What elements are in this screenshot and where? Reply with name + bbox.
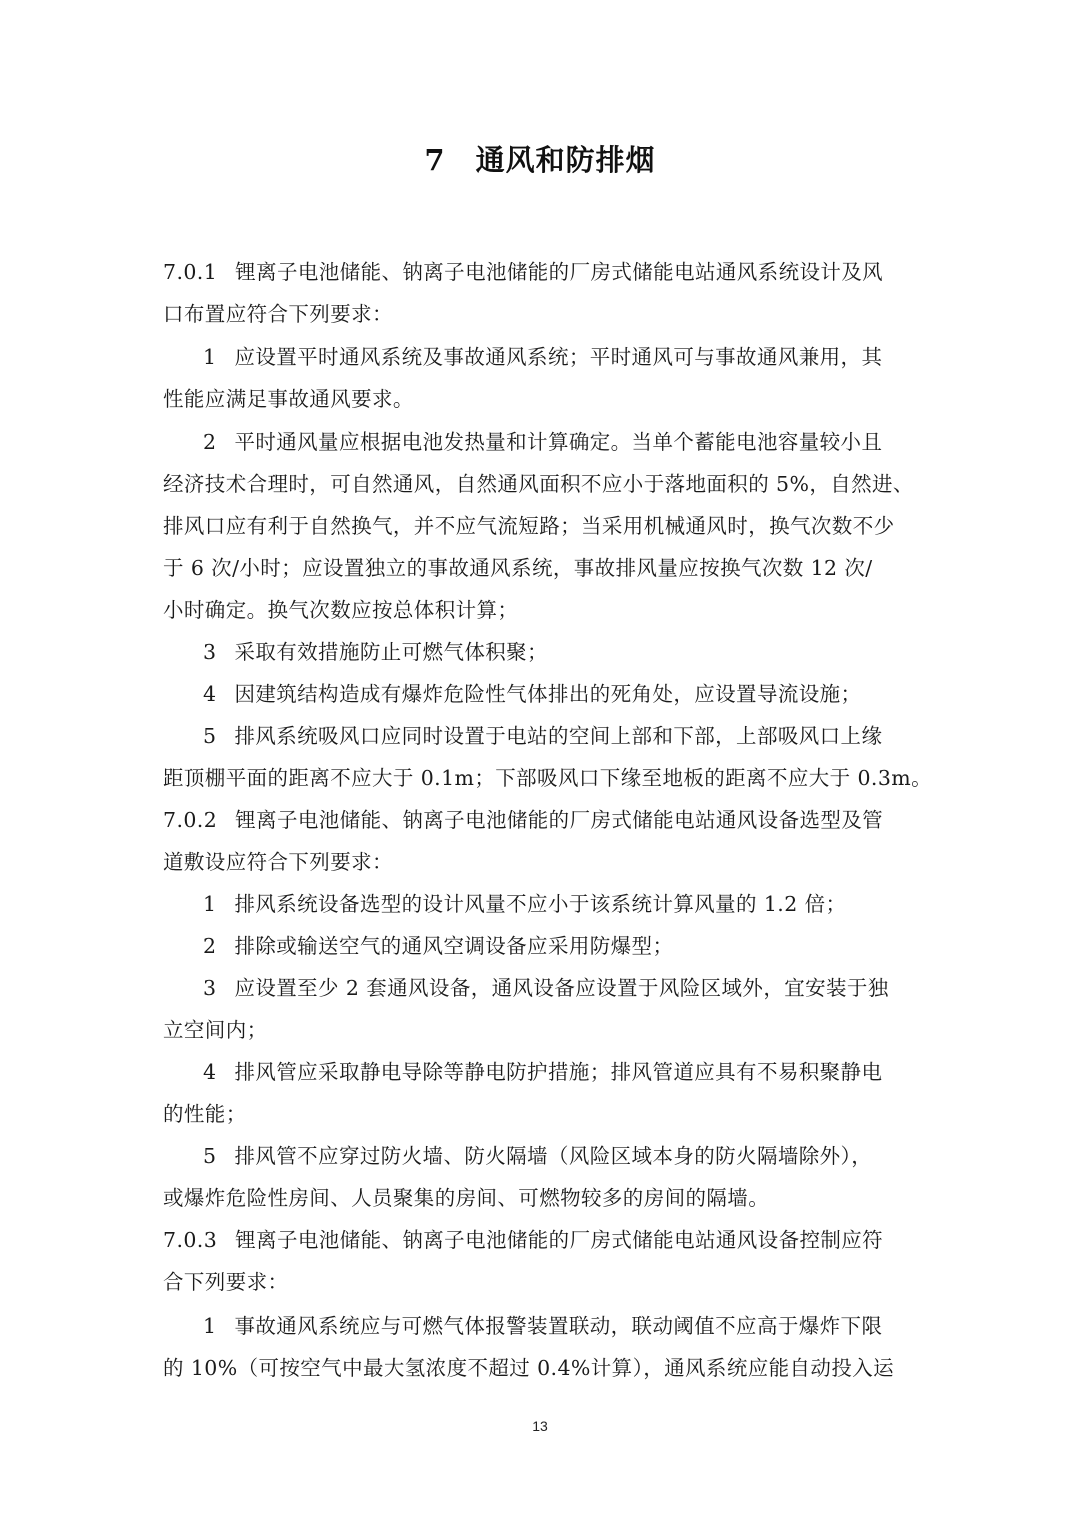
item-7-0-1-2-line-3: 排风口应有利于自然换气，并不应气流短路；当采用机械通风时，换气次数不少 bbox=[163, 512, 923, 540]
item-7-0-2-5-line-1: 5排风管不应穿过防火墙、防火隔墙（风险区域本身的防火隔墙除外）， bbox=[203, 1142, 963, 1170]
item-7-0-1-2-line-5: 小时确定。换气次数应按总体积计算； bbox=[163, 596, 923, 624]
chapter-heading: 7通风和防排烟 bbox=[0, 138, 1080, 179]
clause-number: 7.0.3 bbox=[163, 1226, 217, 1254]
item-7-0-1-4: 4因建筑结构造成有爆炸危险性气体排出的死角处，应设置导流设施； bbox=[203, 680, 963, 708]
clause-7-0-3-line-2: 合下列要求： bbox=[163, 1268, 923, 1296]
item-7-0-1-1-line-1: 1应设置平时通风系统及事故通风系统；平时通风可与事故通风兼用，其 bbox=[203, 343, 963, 371]
item-7-0-2-4-line-1: 4排风管应采取静电导除等静电防护措施；排风管道应具有不易积聚静电 bbox=[203, 1058, 963, 1086]
chapter-title: 通风和防排烟 bbox=[476, 143, 656, 177]
item-7-0-2-1: 1排风系统设备选型的设计风量不应小于该系统计算风量的 1.2 倍； bbox=[203, 890, 963, 918]
item-number: 1 bbox=[203, 890, 216, 918]
item-number: 3 bbox=[203, 638, 216, 666]
item-7-0-2-5-line-2: 或爆炸危险性房间、人员聚集的房间、可燃物较多的房间的隔墙。 bbox=[163, 1184, 923, 1212]
item-7-0-2-3-line-1: 3应设置至少 2 套通风设备，通风设备应设置于风险区域外，宜安装于独 bbox=[203, 974, 963, 1002]
item-number: 5 bbox=[203, 722, 216, 750]
clause-7-0-3-line-1: 7.0.3锂离子电池储能、钠离子电池储能的厂房式储能电站通风设备控制应符 bbox=[163, 1226, 923, 1254]
clause-number: 7.0.2 bbox=[163, 806, 217, 834]
clause-number: 7.0.1 bbox=[163, 258, 217, 286]
item-7-0-1-3: 3采取有效措施防止可燃气体积聚； bbox=[203, 638, 963, 666]
item-number: 4 bbox=[203, 680, 216, 708]
chapter-number: 7 bbox=[424, 143, 445, 177]
item-7-0-1-2-line-2: 经济技术合理时，可自然通风，自然通风面积不应小于落地面积的 5%，自然进、 bbox=[163, 470, 923, 498]
item-number: 1 bbox=[203, 1312, 216, 1340]
item-number: 3 bbox=[203, 974, 216, 1002]
page-number: 13 bbox=[0, 1418, 1080, 1434]
item-7-0-2-3-line-2: 立空间内； bbox=[163, 1016, 923, 1044]
item-7-0-1-5-line-1: 5排风系统吸风口应同时设置于电站的空间上部和下部，上部吸风口上缘 bbox=[203, 722, 963, 750]
item-7-0-2-2: 2排除或输送空气的通风空调设备应采用防爆型； bbox=[203, 932, 963, 960]
item-7-0-2-4-line-2: 的性能； bbox=[163, 1100, 923, 1128]
item-number: 2 bbox=[203, 428, 216, 456]
item-number: 1 bbox=[203, 343, 216, 371]
item-7-0-3-1-line-1: 1事故通风系统应与可燃气体报警装置联动，联动阈值不应高于爆炸下限 bbox=[203, 1312, 963, 1340]
clause-7-0-2-line-1: 7.0.2锂离子电池储能、钠离子电池储能的厂房式储能电站通风设备选型及管 bbox=[163, 806, 923, 834]
item-number: 4 bbox=[203, 1058, 216, 1086]
clause-7-0-1-line-1: 7.0.1锂离子电池储能、钠离子电池储能的厂房式储能电站通风系统设计及风 bbox=[163, 258, 923, 286]
item-7-0-1-2-line-4: 于 6 次/小时；应设置独立的事故通风系统，事故排风量应按换气次数 12 次/ bbox=[163, 554, 923, 582]
item-7-0-1-5-line-2: 距顶棚平面的距离不应大于 0.1m；下部吸风口下缘至地板的距离不应大于 0.3m… bbox=[163, 764, 923, 792]
document-page: 7通风和防排烟 7.0.1锂离子电池储能、钠离子电池储能的厂房式储能电站通风系统… bbox=[0, 0, 1080, 1527]
clause-7-0-1-line-2: 口布置应符合下列要求： bbox=[163, 300, 923, 328]
item-number: 2 bbox=[203, 932, 216, 960]
item-number: 5 bbox=[203, 1142, 216, 1170]
item-7-0-1-2-line-1: 2平时通风量应根据电池发热量和计算确定。当单个蓄能电池容量较小且 bbox=[203, 428, 963, 456]
item-7-0-3-1-line-2: 的 10%（可按空气中最大氢浓度不超过 0.4%计算），通风系统应能自动投入运 bbox=[163, 1354, 923, 1382]
clause-7-0-2-line-2: 道敷设应符合下列要求： bbox=[163, 848, 923, 876]
item-7-0-1-1-line-2: 性能应满足事故通风要求。 bbox=[163, 385, 923, 413]
